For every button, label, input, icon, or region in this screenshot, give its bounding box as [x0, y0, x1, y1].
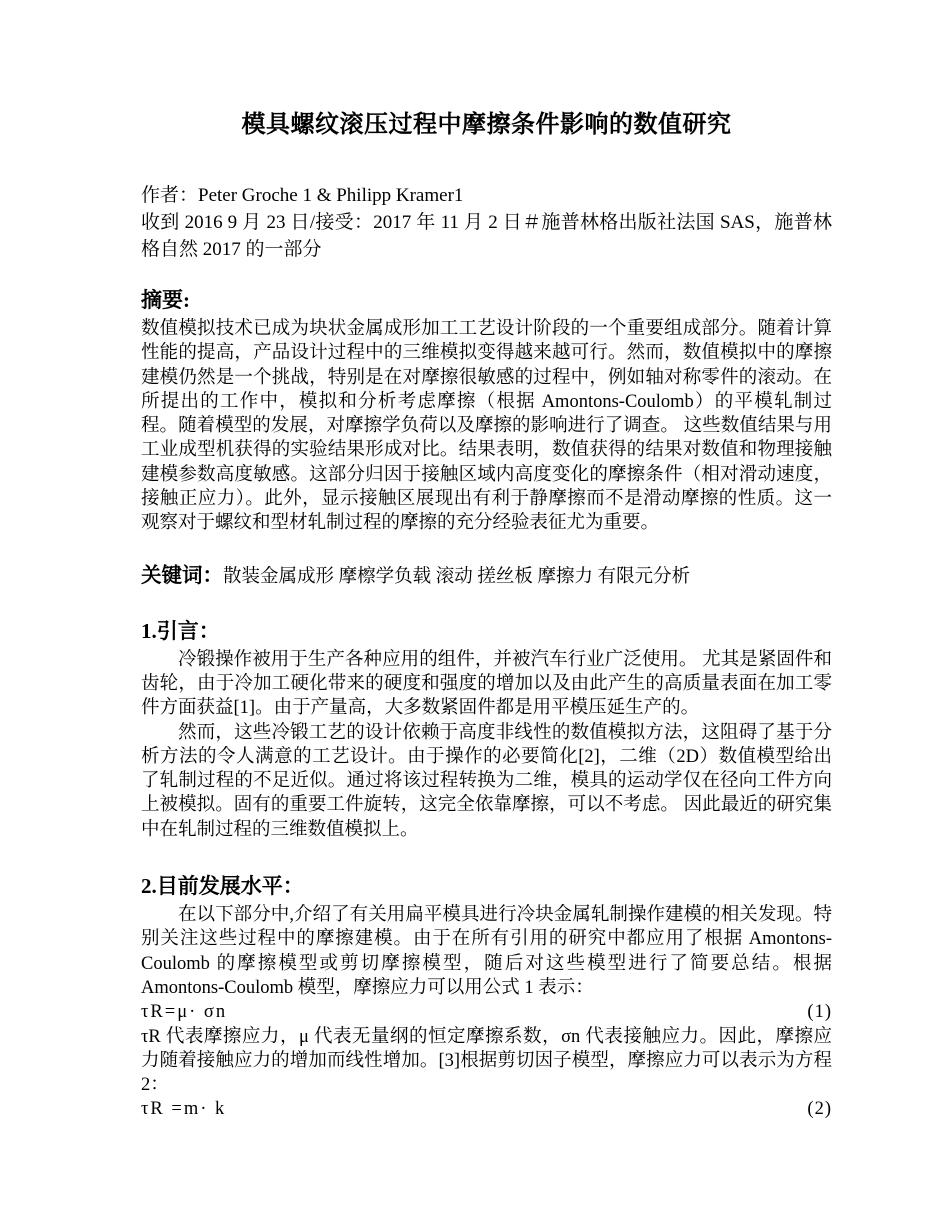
section-2-paragraph-1: 在以下部分中,介绍了有关用扁平模具进行冷块金属轧制操作建模的相关发现。特别关注这…	[141, 903, 832, 1000]
abstract-heading: 摘要:	[141, 286, 832, 314]
document-page: 模具螺纹滚压过程中摩擦条件影响的数值研究 作者：Peter Groche 1 &…	[0, 0, 952, 1232]
keywords-label: 关键词：	[141, 565, 223, 587]
equation-2: τR =m· k (2)	[141, 1097, 832, 1121]
keywords-list: 散装金属成形 摩檫学负载 滚动 搓丝板 摩擦力 有限元分析	[223, 567, 690, 587]
section-1-paragraph-2: 然而，这些冷锻工艺的设计依赖于高度非线性的数值模拟方法，这阻碍了基于分析方法的令…	[141, 721, 832, 842]
equation-1: τR=μ· σn (1)	[141, 1000, 832, 1024]
equation-2-formula: τR =m· k	[141, 1097, 226, 1121]
author-line: 作者：Peter Groche 1 & Philipp Kramer1	[141, 182, 832, 209]
abstract-text: 数值模拟技术已成为块状金属成形加工工艺设计阶段的一个重要组成部分。随着计算性能的…	[141, 317, 832, 536]
equation-1-formula: τR=μ· σn	[141, 1000, 227, 1024]
equation-1-number: (1)	[807, 1000, 832, 1024]
section-1-heading: 1.引言：	[141, 617, 832, 645]
paper-title: 模具螺纹滚压过程中摩擦条件影响的数值研究	[141, 110, 832, 140]
section-1-paragraph-1: 冷锻操作被用于生产各种应用的组件，并被汽车行业广泛使用。 尤其是紧固件和齿轮，由…	[141, 648, 832, 721]
received-accepted-line: 收到 2016 9 月 23 日/接受：2017 年 11 月 2 日＃施普林格…	[141, 209, 832, 263]
keywords-line: 关键词：散装金属成形 摩檫学负载 滚动 搓丝板 摩擦力 有限元分析	[141, 562, 832, 591]
section-2-heading: 2.目前发展水平：	[141, 872, 832, 900]
section-2-paragraph-2: τR 代表摩擦应力，μ 代表无量纲的恒定摩擦系数，σn 代表接触应力。因此，摩擦…	[141, 1025, 832, 1098]
equation-2-number: (2)	[807, 1097, 832, 1121]
